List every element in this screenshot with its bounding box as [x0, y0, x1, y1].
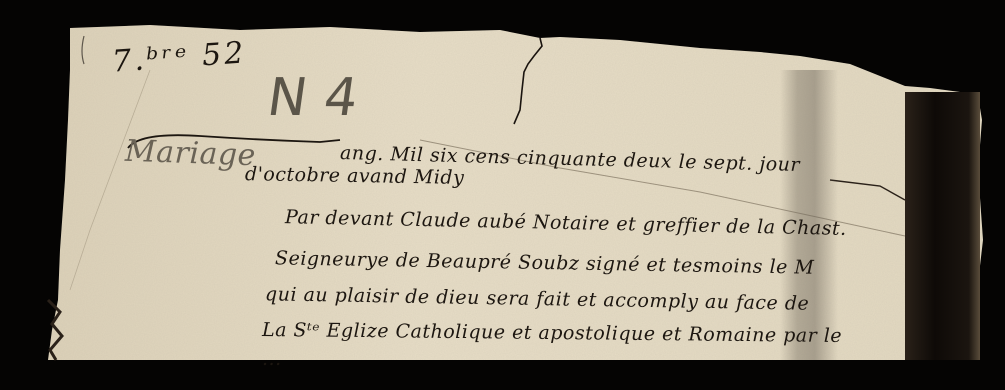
margin-title: Mariage [124, 134, 256, 174]
damaged-edge [905, 92, 980, 360]
text-line: ... [262, 348, 282, 370]
water-stain [780, 70, 838, 360]
scanned-document: 7.ᵇʳᵉ 52 N 4 Mariage ang. Mil six cens c… [0, 0, 1005, 390]
text-line: d'octobre avand Midy [245, 163, 465, 189]
document-number: N 4 [264, 68, 362, 128]
